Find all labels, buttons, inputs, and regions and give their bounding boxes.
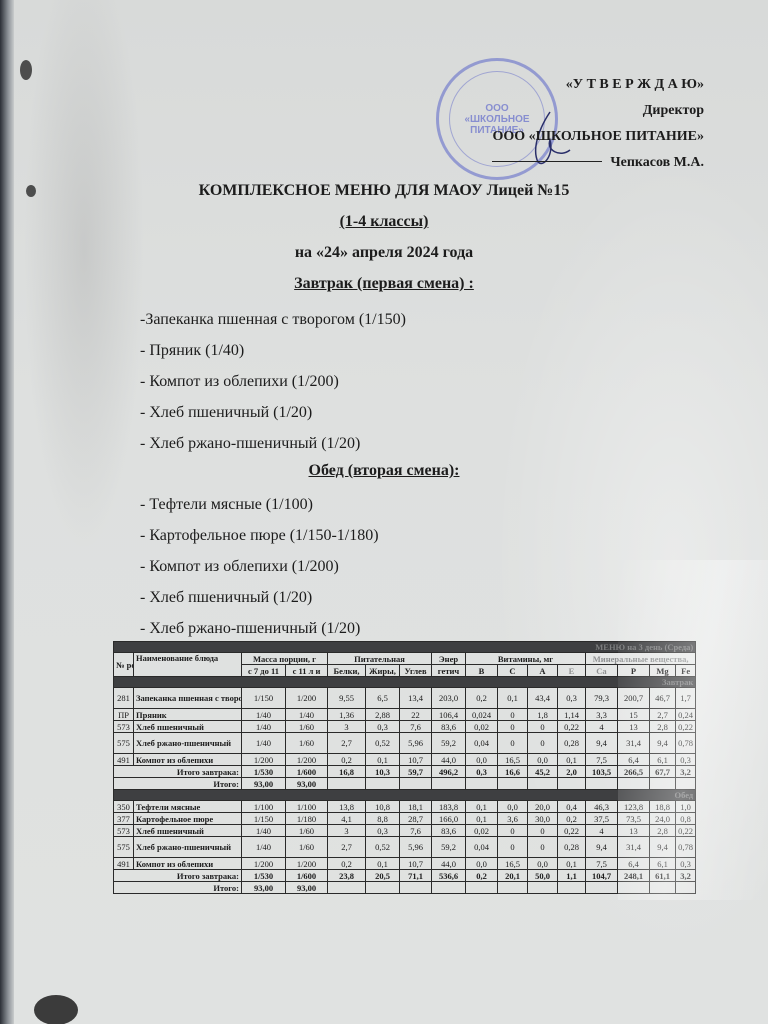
table-cell: 44,0 [432,858,466,870]
table-row: 491Компот из облепихи1/2001/2000,20,110,… [114,754,696,766]
table-row: 377Картофельное пюре1/1501/1804,18,828,7… [114,813,696,825]
col-fe: Fe [676,665,696,677]
table-cell: 0,2 [466,870,498,882]
dirt-mark [20,60,32,80]
table-cell: 0,3 [466,766,498,778]
col-vitamins: Витамины, мг [466,653,586,665]
table-cell: 61,1 [650,870,676,882]
table-row: 350Тефтели мясные1/1001/10013,810,818,11… [114,801,696,813]
table-cell [400,882,432,894]
table-cell: 44,0 [432,754,466,766]
table-cell [528,778,558,790]
table-cell: 200,7 [618,688,650,709]
col-vit-a: A [528,665,558,677]
table-cell: 13,4 [400,688,432,709]
table-cell: 5,96 [400,837,432,858]
table-cell: 281 [114,688,134,709]
table-cell: 2,8 [650,825,676,837]
col-portion-b: с 11 л и [286,665,328,677]
table-cell: 43,4 [528,688,558,709]
col-energy-2: гетич [432,665,466,677]
table-cell: 10,3 [366,766,400,778]
table-row: 575Хлеб ржано-пшеничный1/401/602,70,525,… [114,837,696,858]
table-cell: 71,1 [400,870,432,882]
table-cell: 7,5 [586,858,618,870]
table-cell: 46,3 [586,801,618,813]
subtotal-row: Итого завтрака:1/5301/60016,810,359,7496… [114,766,696,778]
table-cell: 3,6 [498,813,528,825]
table-cell: 0,8 [676,813,696,825]
table-cell: 4 [586,721,618,733]
approval-position: Директор [492,98,704,124]
dish-name: Пряник [134,709,242,721]
col-ca: Ca [586,665,618,677]
table-cell: 575 [114,733,134,754]
table-cell: 123,8 [618,801,650,813]
table-cell: 1/530 [242,870,286,882]
table-cell: 9,4 [650,837,676,858]
list-item: - Тефтели мясные (1/100) [140,489,379,520]
table-cell: 0,1 [558,858,586,870]
table-cell: 1/40 [242,709,286,721]
col-mg: Mg [650,665,676,677]
table-cell: 8,8 [366,813,400,825]
table-cell: 3 [328,825,366,837]
table-cell: 0,28 [558,837,586,858]
table-cell: 1/200 [242,754,286,766]
table-cell: 0,0 [466,754,498,766]
table-cell [586,778,618,790]
section-band: Завтрак [114,677,696,688]
table-cell: 93,00 [286,882,328,894]
table-cell [400,778,432,790]
table-cell: 67,7 [650,766,676,778]
table-cell: 1/40 [286,709,328,721]
approval-heading: «У Т В Е Р Ж Д А Ю» [492,72,704,98]
page-title: КОМПЛЕКСНОЕ МЕНЮ ДЛЯ МАОУ Лицей №15 [0,182,768,200]
table-cell: 0,1 [558,754,586,766]
table-cell: 7,6 [400,721,432,733]
table-cell: 0,24 [676,709,696,721]
col-vit-c: C [498,665,528,677]
subtotal-label: Итого завтрака: [114,766,242,778]
table-cell: 1/200 [286,754,328,766]
col-energy: Энер [432,653,466,665]
table-cell: 1/60 [286,837,328,858]
table-cell: 0 [498,721,528,733]
table-cell: 9,55 [328,688,366,709]
table-cell: 28,7 [400,813,432,825]
table-cell: 1/600 [286,766,328,778]
table-cell: 0,2 [328,754,366,766]
table-row: 575Хлеб ржано-пшеничный1/401/602,70,525,… [114,733,696,754]
table-cell: 79,3 [586,688,618,709]
table-cell: 3,3 [586,709,618,721]
table-row: 281Запеканка пшенная с творогом1/1501/20… [114,688,696,709]
table-cell [432,778,466,790]
table-cell: 37,5 [586,813,618,825]
signature-line [492,161,602,162]
table-cell: 0,28 [558,733,586,754]
table-row: 573Хлеб пшеничный1/401/6030,37,683,60,02… [114,825,696,837]
table-cell: 0,22 [676,721,696,733]
table-cell [498,778,528,790]
table-cell: 2,0 [558,766,586,778]
table-cell: 9,4 [586,837,618,858]
dish-name: Хлеб ржано-пшеничный [134,733,242,754]
table-cell: 18,1 [400,801,432,813]
table-cell: 0,2 [558,813,586,825]
table-cell: 1/200 [286,688,328,709]
table-cell [650,778,676,790]
dish-name: Компот из облепихи [134,858,242,870]
dish-name: Компот из облепихи [134,754,242,766]
table-cell: 10,7 [400,858,432,870]
table-cell: 0,1 [366,858,400,870]
menu-date: на «24» апреля 2024 года [0,244,768,262]
lunch-list: - Тефтели мясные (1/100) - Картофельное … [140,489,379,644]
section-label: Обед [114,790,696,801]
table-cell: 166,0 [432,813,466,825]
col-portion-a: с 7 до 11 [242,665,286,677]
table-cell: 0,04 [466,837,498,858]
table-cell: 93,00 [242,778,286,790]
table-cell: 248,1 [618,870,650,882]
approval-signatory: Чепкасов М.А. [492,150,704,176]
table-cell: 3 [328,721,366,733]
table-cell: 2,88 [366,709,400,721]
col-protein: Белки, [328,665,366,677]
table-cell: 5,96 [400,733,432,754]
dish-name: Хлеб пшеничный [134,721,242,733]
list-item: - Компот из облепихи (1/200) [140,366,406,397]
list-item: - Пряник (1/40) [140,335,406,366]
table-cell: 0,4 [558,801,586,813]
table-cell: 46,7 [650,688,676,709]
col-p: P [618,665,650,677]
table-cell: 266,5 [618,766,650,778]
table-cell: 93,00 [242,882,286,894]
lunch-heading: Обед (вторая смена): [0,462,768,480]
table-cell [558,778,586,790]
section-band: Обед [114,790,696,801]
table-cell [366,778,400,790]
table-cell: 1/200 [242,858,286,870]
table-cell: 1/530 [242,766,286,778]
table-cell: 0,22 [558,721,586,733]
table-cell: 23,8 [328,870,366,882]
list-item: - Хлеб ржано-пшеничный (1/20) [140,613,379,644]
table-cell: 24,0 [650,813,676,825]
table-cell: 6,4 [618,858,650,870]
table-cell: 0 [498,733,528,754]
col-portion: Масса порции, г [242,653,328,665]
table-cell: 20,1 [498,870,528,882]
table-cell [586,882,618,894]
table-cell: 1/60 [286,733,328,754]
table-cell: 0,2 [328,858,366,870]
table-cell: 1/600 [286,870,328,882]
table-cell: 0,78 [676,837,696,858]
table-cell: 7,6 [400,825,432,837]
table-cell: 0,1 [466,801,498,813]
table-cell: 1/40 [242,837,286,858]
table-cell [618,778,650,790]
table-cell: 9,4 [650,733,676,754]
table-cell: 2,7 [650,709,676,721]
table-cell [650,882,676,894]
table-cell: 9,4 [586,733,618,754]
table-cell: 0 [528,825,558,837]
table-cell [328,882,366,894]
table-cell: 6,1 [650,858,676,870]
table-cell [328,778,366,790]
table-row: 573Хлеб пшеничный1/401/6030,37,683,60,02… [114,721,696,733]
table-cell: 377 [114,813,134,825]
table-cell [618,882,650,894]
table-cell: 103,5 [586,766,618,778]
table-cell [498,882,528,894]
table-cell: 491 [114,754,134,766]
table-cell: ПР [114,709,134,721]
table-cell: 10,8 [366,801,400,813]
table-cell: 4 [586,825,618,837]
subtotal-label: Итого завтрака: [114,870,242,882]
total-label: Итого: [114,778,242,790]
table-cell: 1/200 [286,858,328,870]
table-cell: 2,7 [328,837,366,858]
table-cell: 73,5 [618,813,650,825]
col-vit-b: B [466,665,498,677]
list-item: - Хлеб ржано-пшеничный (1/20) [140,428,406,459]
table-cell: 0,0 [498,801,528,813]
col-carbs: Углев [400,665,432,677]
breakfast-heading: Завтрак (первая смена) : [0,275,768,293]
table-cell: 20,0 [528,801,558,813]
table-cell: 0,1 [466,813,498,825]
table-cell: 16,8 [328,766,366,778]
table-cell: 491 [114,858,134,870]
col-dish: Наименование блюда [134,653,242,677]
table-cell: 0,52 [366,733,400,754]
table-cell: 83,6 [432,721,466,733]
table-cell [676,778,696,790]
table-cell: 4,1 [328,813,366,825]
table-cell: 18,8 [650,801,676,813]
col-vit-e: E [558,665,586,677]
table-cell: 0 [528,721,558,733]
table-cell: 0,04 [466,733,498,754]
section-label: Завтрак [114,677,696,688]
dirt-mark [34,995,78,1024]
table-cell: 1/100 [242,801,286,813]
table-cell [466,882,498,894]
table-row: ПРПряник1/401/401,362,8822106,40,02401,8… [114,709,696,721]
table-cell: 1,7 [676,688,696,709]
table-cell: 59,7 [400,766,432,778]
table-cell: 31,4 [618,837,650,858]
table-cell: 1/150 [242,813,286,825]
table-cell: 1/40 [242,825,286,837]
table-cell: 93,00 [286,778,328,790]
table-cell: 0,02 [466,721,498,733]
table-cell: 1/180 [286,813,328,825]
table-cell: 0,3 [558,688,586,709]
table-cell: 0,22 [558,825,586,837]
list-item: - Картофельное пюре (1/150-1/180) [140,520,379,551]
table-cell: 0,78 [676,733,696,754]
table-cell: 496,2 [432,766,466,778]
table-cell: 104,7 [586,870,618,882]
dish-name: Хлеб ржано-пшеничный [134,837,242,858]
table-cell: 6,4 [618,754,650,766]
table-cell: 3,2 [676,870,696,882]
table-cell: 573 [114,825,134,837]
table-cell: 106,4 [432,709,466,721]
table-cell: 59,2 [432,733,466,754]
table-cell: 0 [528,733,558,754]
table-cell: 7,5 [586,754,618,766]
table-cell: 0,02 [466,825,498,837]
table-cell: 0,0 [528,858,558,870]
signatory-name: Чепкасов М.А. [610,155,704,170]
table-cell [676,882,696,894]
table-cell: 0 [498,709,528,721]
table-cell: 0 [498,837,528,858]
approval-block: «У Т В Е Р Ж Д А Ю» Директор ООО «ШКОЛЬН… [492,72,704,176]
table-cell: 20,5 [366,870,400,882]
table-cell: 1,14 [558,709,586,721]
table-cell: 0,3 [366,721,400,733]
table-cell: 0,1 [498,688,528,709]
table-cell: 16,5 [498,754,528,766]
table-cell: 0,1 [366,754,400,766]
table-cell: 31,4 [618,733,650,754]
table-cell: 536,6 [432,870,466,882]
table-cell: 0,3 [676,754,696,766]
table-cell: 3,2 [676,766,696,778]
list-item: - Хлеб пшеничный (1/20) [140,397,406,428]
table-cell: 13 [618,825,650,837]
table-cell: 1/150 [242,688,286,709]
col-fat: Жиры, [366,665,400,677]
table-cell [558,882,586,894]
table-cell: 183,8 [432,801,466,813]
table-cell: 350 [114,801,134,813]
grades-subtitle: (1-4 классы) [0,213,768,231]
table-cell: 0,52 [366,837,400,858]
table-cell: 10,7 [400,754,432,766]
table-cell: 0,0 [466,858,498,870]
dish-name: Картофельное пюре [134,813,242,825]
table-cell: 13,8 [328,801,366,813]
table-cell: 0,22 [676,825,696,837]
table-cell: 15 [618,709,650,721]
table-cell: 13 [618,721,650,733]
dish-name: Хлеб пшеничный [134,825,242,837]
table-cell: 1,1 [558,870,586,882]
table-cell: 1,0 [676,801,696,813]
total-label: Итого: [114,882,242,894]
table-cell: 2,7 [328,733,366,754]
table-cell: 0 [498,825,528,837]
table-cell: 16,6 [498,766,528,778]
table-cell [432,882,466,894]
table-cell [466,778,498,790]
list-item: - Хлеб пшеничный (1/20) [140,582,379,613]
breakfast-list: -Запеканка пшенная с творогом (1/150) - … [140,304,406,459]
dish-name: Запеканка пшенная с творогом [134,688,242,709]
table-cell: 573 [114,721,134,733]
table-cell: 1,36 [328,709,366,721]
dish-name: Тефтели мясные [134,801,242,813]
table-cell: 83,6 [432,825,466,837]
col-recipe-no: № реп. [114,653,134,677]
col-minerals: Минеральные вещества, [586,653,696,665]
table-cell: 1,8 [528,709,558,721]
table-cell: 575 [114,837,134,858]
table-cell: 6,1 [650,754,676,766]
table-cell: 1/100 [286,801,328,813]
table-cell: 59,2 [432,837,466,858]
table-cell: 0,0 [528,754,558,766]
table-cell: 16,5 [498,858,528,870]
subtotal-row: Итого завтрака:1/5301/60023,820,571,1536… [114,870,696,882]
table-cell: 1/60 [286,721,328,733]
table-cell: 0,3 [366,825,400,837]
col-nutrition: Питательная [328,653,432,665]
total-row: Итого:93,0093,00 [114,778,696,790]
table-row: 491Компот из облепихи1/2001/2000,20,110,… [114,858,696,870]
table-cell: 203,0 [432,688,466,709]
table-cell: 30,0 [528,813,558,825]
approval-organization: ООО «ШКОЛЬНОЕ ПИТАНИЕ» [492,124,704,150]
table-cell: 1/40 [242,733,286,754]
table-cell: 1/40 [242,721,286,733]
table-cell: 50,0 [528,870,558,882]
list-item: -Запеканка пшенная с творогом (1/150) [140,304,406,335]
table-cell: 1/60 [286,825,328,837]
table-cell: 0 [528,837,558,858]
table-cell [366,882,400,894]
table-caption: МЕНЮ на 3 день (Среда) [114,642,696,653]
table-body: Завтрак281Запеканка пшенная с творогом1/… [114,677,696,894]
table-cell: 0,2 [466,688,498,709]
table-cell: 2,8 [650,721,676,733]
table-cell: 0,024 [466,709,498,721]
nutrition-table: МЕНЮ на 3 день (Среда) № реп. Наименован… [113,641,685,894]
list-item: - Компот из облепихи (1/200) [140,551,379,582]
table-cell: 6,5 [366,688,400,709]
table-cell: 0,3 [676,858,696,870]
total-row: Итого:93,0093,00 [114,882,696,894]
table-cell [528,882,558,894]
table-cell: 22 [400,709,432,721]
table-cell: 45,2 [528,766,558,778]
